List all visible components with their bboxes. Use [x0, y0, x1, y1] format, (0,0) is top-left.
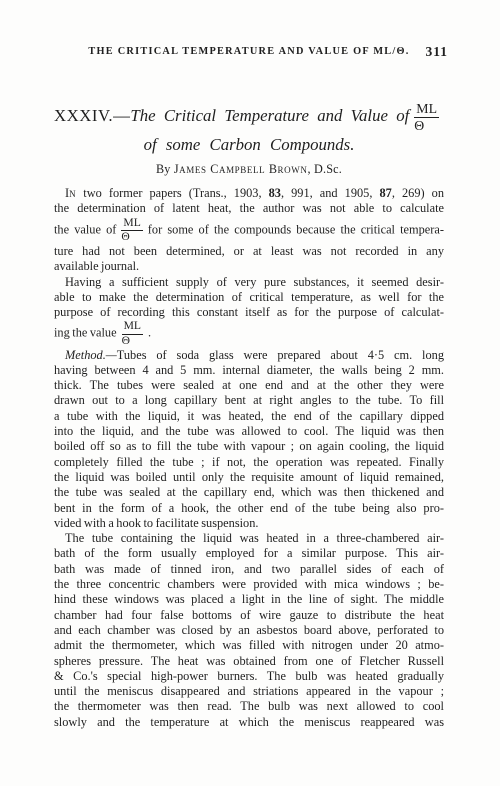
- text-segment: bath was made of tinned iron, and two pa…: [54, 562, 444, 576]
- body-line: the tube was sealed at the capillary end…: [54, 485, 444, 500]
- text-segment: into the liquid, and the tube was allowe…: [54, 424, 444, 438]
- text-segment: the determination of latent heat, the au…: [54, 201, 444, 215]
- text-segment: bent in the form of a hook, the other en…: [54, 501, 444, 515]
- text-segment: boiled off so as to fill the tube with v…: [54, 439, 444, 453]
- body-line: having between 4 and 5 mm. internal diam…: [54, 363, 444, 378]
- body-line: the three concentric chambers were provi…: [54, 577, 444, 592]
- text-segment: and each chamber was closed by an asbest…: [54, 623, 444, 637]
- byline: By James Campbell Brown, D.Sc.: [54, 162, 444, 177]
- body-line: vided with a hook to facilitate suspensi…: [54, 516, 444, 531]
- text-segment: , 269) on: [392, 186, 444, 200]
- text-segment: chamber had four false bottoms of wire g…: [54, 608, 444, 622]
- text-segment: the tube was sealed at the capillary end…: [54, 485, 444, 499]
- body-line: purpose of recording this constant itsel…: [54, 305, 444, 320]
- body-line: In two former papers (Trans., 1903, 83, …: [54, 186, 444, 201]
- body-line: & Co.'s special high-power burners. The …: [54, 669, 444, 684]
- paragraph: Method.—Tubes of soda glass were prepare…: [54, 348, 444, 532]
- fraction-denominator: Θ: [121, 231, 142, 244]
- fraction-denominator: Θ: [414, 118, 439, 134]
- text-segment: the three concentric chambers were provi…: [54, 577, 444, 591]
- body-line: admit the thermometer, which was filled …: [54, 638, 444, 653]
- paragraph: The tube containing the liquid was heate…: [54, 531, 444, 730]
- body-line: slowly and the temperature at which the …: [54, 715, 444, 730]
- text-segment: two former papers (Trans., 1903,: [76, 186, 268, 200]
- text-segment: drawn out to a long capillary bent at ri…: [54, 393, 444, 407]
- body-line: completely filled the tube ; if not, the…: [54, 455, 444, 470]
- text-segment: 87: [379, 186, 391, 200]
- body-line: bath was made of tinned iron, and two pa…: [54, 562, 444, 577]
- text-column: THE CRITICAL TEMPERATURE AND VALUE OF ML…: [54, 0, 444, 730]
- scanned-paper-page: THE CRITICAL TEMPERATURE AND VALUE OF ML…: [0, 0, 500, 786]
- body-line: the liquid was boiled until only the req…: [54, 470, 444, 485]
- text-segment: available journal.: [54, 259, 139, 273]
- text-segment: completely filled the tube ; if not, the…: [54, 455, 444, 469]
- text-segment: the thermometer was then read. The bulb …: [54, 699, 444, 713]
- body-line: the value ofMLΘfor some of the compounds…: [54, 217, 444, 244]
- body-line: thick. The tubes were sealed at one end …: [54, 378, 444, 393]
- article-title-line-1: XXXIV.—The Critical Temperature and Valu…: [54, 99, 444, 133]
- text-segment: spheres pressure. The heat was obtained …: [54, 654, 444, 668]
- text-segment: bath of the form usually employed for a …: [54, 546, 444, 560]
- text-segment: Method.—: [65, 348, 117, 362]
- ml-theta-fraction: MLΘ: [121, 217, 142, 244]
- text-segment: for some of the compounds because the cr…: [148, 222, 444, 236]
- body-line: Method.—Tubes of soda glass were prepare…: [54, 348, 444, 363]
- byline-degree: , D.Sc.: [307, 162, 342, 176]
- running-header-title: THE CRITICAL TEMPERATURE AND VALUE OF ML…: [54, 46, 444, 57]
- text-segment: vided with a hook to facilitate suspensi…: [54, 516, 259, 530]
- body-line: The tube containing the liquid was heate…: [54, 531, 444, 546]
- page-number: 311: [425, 44, 448, 60]
- body-line: Having a sufficient supply of very pure …: [54, 275, 444, 290]
- text-segment: the liquid was boiled until only the req…: [54, 470, 444, 484]
- body-line: spheres pressure. The heat was obtained …: [54, 654, 444, 669]
- text-segment: slowly and the temperature at which the …: [54, 715, 444, 729]
- text-segment: until the meniscus disappeared and stria…: [54, 684, 444, 698]
- body-line: bath of the form usually employed for a …: [54, 546, 444, 561]
- text-segment: , 991, and 1905,: [281, 186, 380, 200]
- fraction-denominator: Θ: [122, 335, 143, 348]
- text-segment: the value of: [54, 222, 116, 236]
- body-line: until the meniscus disappeared and stria…: [54, 684, 444, 699]
- article-number: XXXIV.—: [54, 106, 130, 125]
- text-segment: having between 4 and 5 mm. internal diam…: [54, 363, 444, 377]
- paragraph: In two former papers (Trans., 1903, 83, …: [54, 186, 444, 274]
- text-segment: purpose of recording this constant itsel…: [54, 305, 444, 319]
- running-header: THE CRITICAL TEMPERATURE AND VALUE OF ML…: [54, 46, 444, 61]
- body-line: ture had not been determined, or at leas…: [54, 244, 444, 259]
- text-segment: admit the thermometer, which was filled …: [54, 638, 444, 652]
- body-line: the determination of latent heat, the au…: [54, 201, 444, 216]
- body-line: available journal.: [54, 259, 444, 274]
- text-segment: thick. The tubes were sealed at one end …: [54, 378, 444, 392]
- body-line: chamber had four false bottoms of wire g…: [54, 608, 444, 623]
- text-segment: 83: [269, 186, 281, 200]
- ml-theta-fraction: MLΘ: [122, 320, 143, 347]
- text-segment: .: [148, 326, 151, 340]
- ml-theta-fraction: MLΘ: [414, 101, 439, 133]
- byline-author: James Campbell Brown: [174, 162, 308, 176]
- text-segment: The tube containing the liquid was heate…: [65, 531, 444, 545]
- article-body: In two former papers (Trans., 1903, 83, …: [54, 186, 444, 730]
- text-segment: & Co.'s special high-power burners. The …: [54, 669, 444, 683]
- paragraph: Having a sufficient supply of very pure …: [54, 275, 444, 348]
- body-line: and each chamber was closed by an asbest…: [54, 623, 444, 638]
- text-segment: ing the value: [54, 326, 117, 340]
- fraction-numerator: ML: [122, 320, 143, 334]
- body-line: bent in the form of a hook, the other en…: [54, 501, 444, 516]
- text-segment: able to make the determination of critic…: [54, 290, 444, 304]
- fraction-numerator: ML: [121, 217, 142, 231]
- fraction-numerator: ML: [414, 101, 439, 118]
- body-line: into the liquid, and the tube was allowe…: [54, 424, 444, 439]
- body-line: a tube with the liquid, it was heated, t…: [54, 409, 444, 424]
- body-line: the thermometer was then read. The bulb …: [54, 699, 444, 714]
- text-segment: hind these windows was placed a light in…: [54, 592, 444, 606]
- text-segment: Tubes of soda glass were prepared about …: [117, 348, 444, 362]
- body-line: able to make the determination of critic…: [54, 290, 444, 305]
- article-title-text: The Critical Temperature and Value of: [130, 106, 409, 125]
- text-segment: Having a sufficient supply of very pure …: [65, 275, 444, 289]
- text-segment: a tube with the liquid, it was heated, t…: [54, 409, 444, 423]
- article-title-line-2: of some Carbon Compounds.: [54, 134, 444, 155]
- body-line: ing the valueMLΘ.: [54, 320, 444, 347]
- body-line: hind these windows was placed a light in…: [54, 592, 444, 607]
- text-segment: ture had not been determined, or at leas…: [54, 244, 444, 258]
- body-line: boiled off so as to fill the tube with v…: [54, 439, 444, 454]
- byline-by: By: [156, 162, 174, 176]
- body-line: drawn out to a long capillary bent at ri…: [54, 393, 444, 408]
